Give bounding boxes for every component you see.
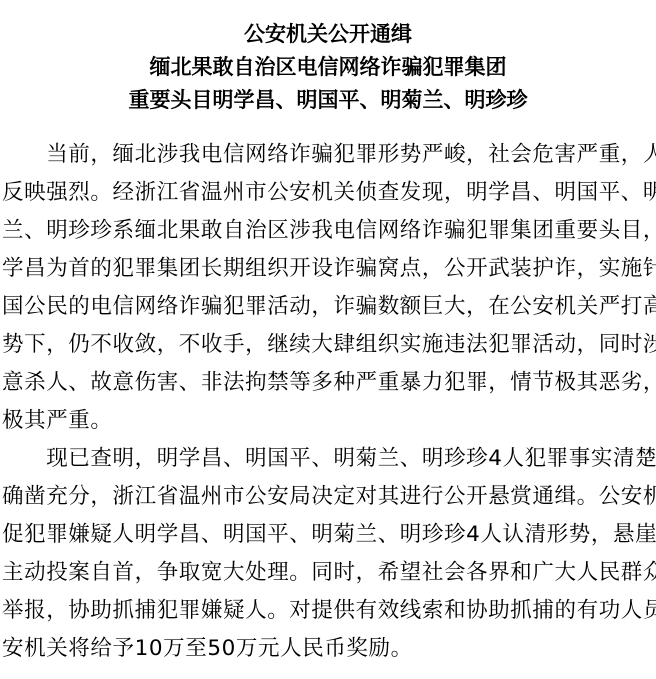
text-line: 现已查明，明学昌、明国平、明菊兰、明珍珍4人犯罪事实清楚、证据 xyxy=(2,440,656,478)
text-line: 主动投案自首，争取宽大处理。同时，希望社会各界和广大人民群众积极 xyxy=(2,554,656,592)
notice-title: 公安机关公开通缉 缅北果敢自治区电信网络诈骗犯罪集团 重要头目明学昌、明国平、明… xyxy=(0,18,656,117)
text-line: 安机关将给予10万至50万元人民币奖励。 xyxy=(2,630,656,668)
text-line: 学昌为首的犯罪集团长期组织开设诈骗窝点，公开武装护诈，实施针对中 xyxy=(2,250,656,288)
title-line-3: 重要头目明学昌、明国平、明菊兰、明珍珍 xyxy=(0,84,656,117)
text-line: 确凿充分，浙江省温州市公安局决定对其进行公开悬赏通缉。公安机关敦 xyxy=(2,478,656,516)
text-line: 极其严重。 xyxy=(2,402,656,440)
paragraph-1: 当前，缅北涉我电信网络诈骗犯罪形势严峻，社会危害严重，人民群众 反映强烈。经浙江… xyxy=(2,136,656,440)
title-line-2: 缅北果敢自治区电信网络诈骗犯罪集团 xyxy=(0,51,656,84)
text-line: 举报，协助抓捕犯罪嫌疑人。对提供有效线索和协助抓捕的有功人员，公 xyxy=(2,592,656,630)
text-line: 国公民的电信网络诈骗犯罪活动，诈骗数额巨大，在公安机关严打高压态 xyxy=(2,288,656,326)
text-line: 势下，仍不收敛，不收手，继续大肆组织实施违法犯罪活动，同时涉嫌故 xyxy=(2,326,656,364)
text-line: 促犯罪嫌疑人明学昌、明国平、明菊兰、明珍珍4人认清形势，悬崖勒马， xyxy=(2,516,656,554)
notice-body: 当前，缅北涉我电信网络诈骗犯罪形势严峻，社会危害严重，人民群众 反映强烈。经浙江… xyxy=(2,136,656,668)
title-line-1: 公安机关公开通缉 xyxy=(0,18,656,51)
text-line: 反映强烈。经浙江省温州市公安机关侦查发现，明学昌、明国平、明菊 xyxy=(2,174,656,212)
text-line: 当前，缅北涉我电信网络诈骗犯罪形势严峻，社会危害严重，人民群众 xyxy=(2,136,656,174)
text-line: 意杀人、故意伤害、非法拘禁等多种严重暴力犯罪，情节极其恶劣，后果 xyxy=(2,364,656,402)
paragraph-2: 现已查明，明学昌、明国平、明菊兰、明珍珍4人犯罪事实清楚、证据 确凿充分，浙江省… xyxy=(2,440,656,668)
text-line: 兰、明珍珍系缅北果敢自治区涉我电信网络诈骗犯罪集团重要头目，以明 xyxy=(2,212,656,250)
